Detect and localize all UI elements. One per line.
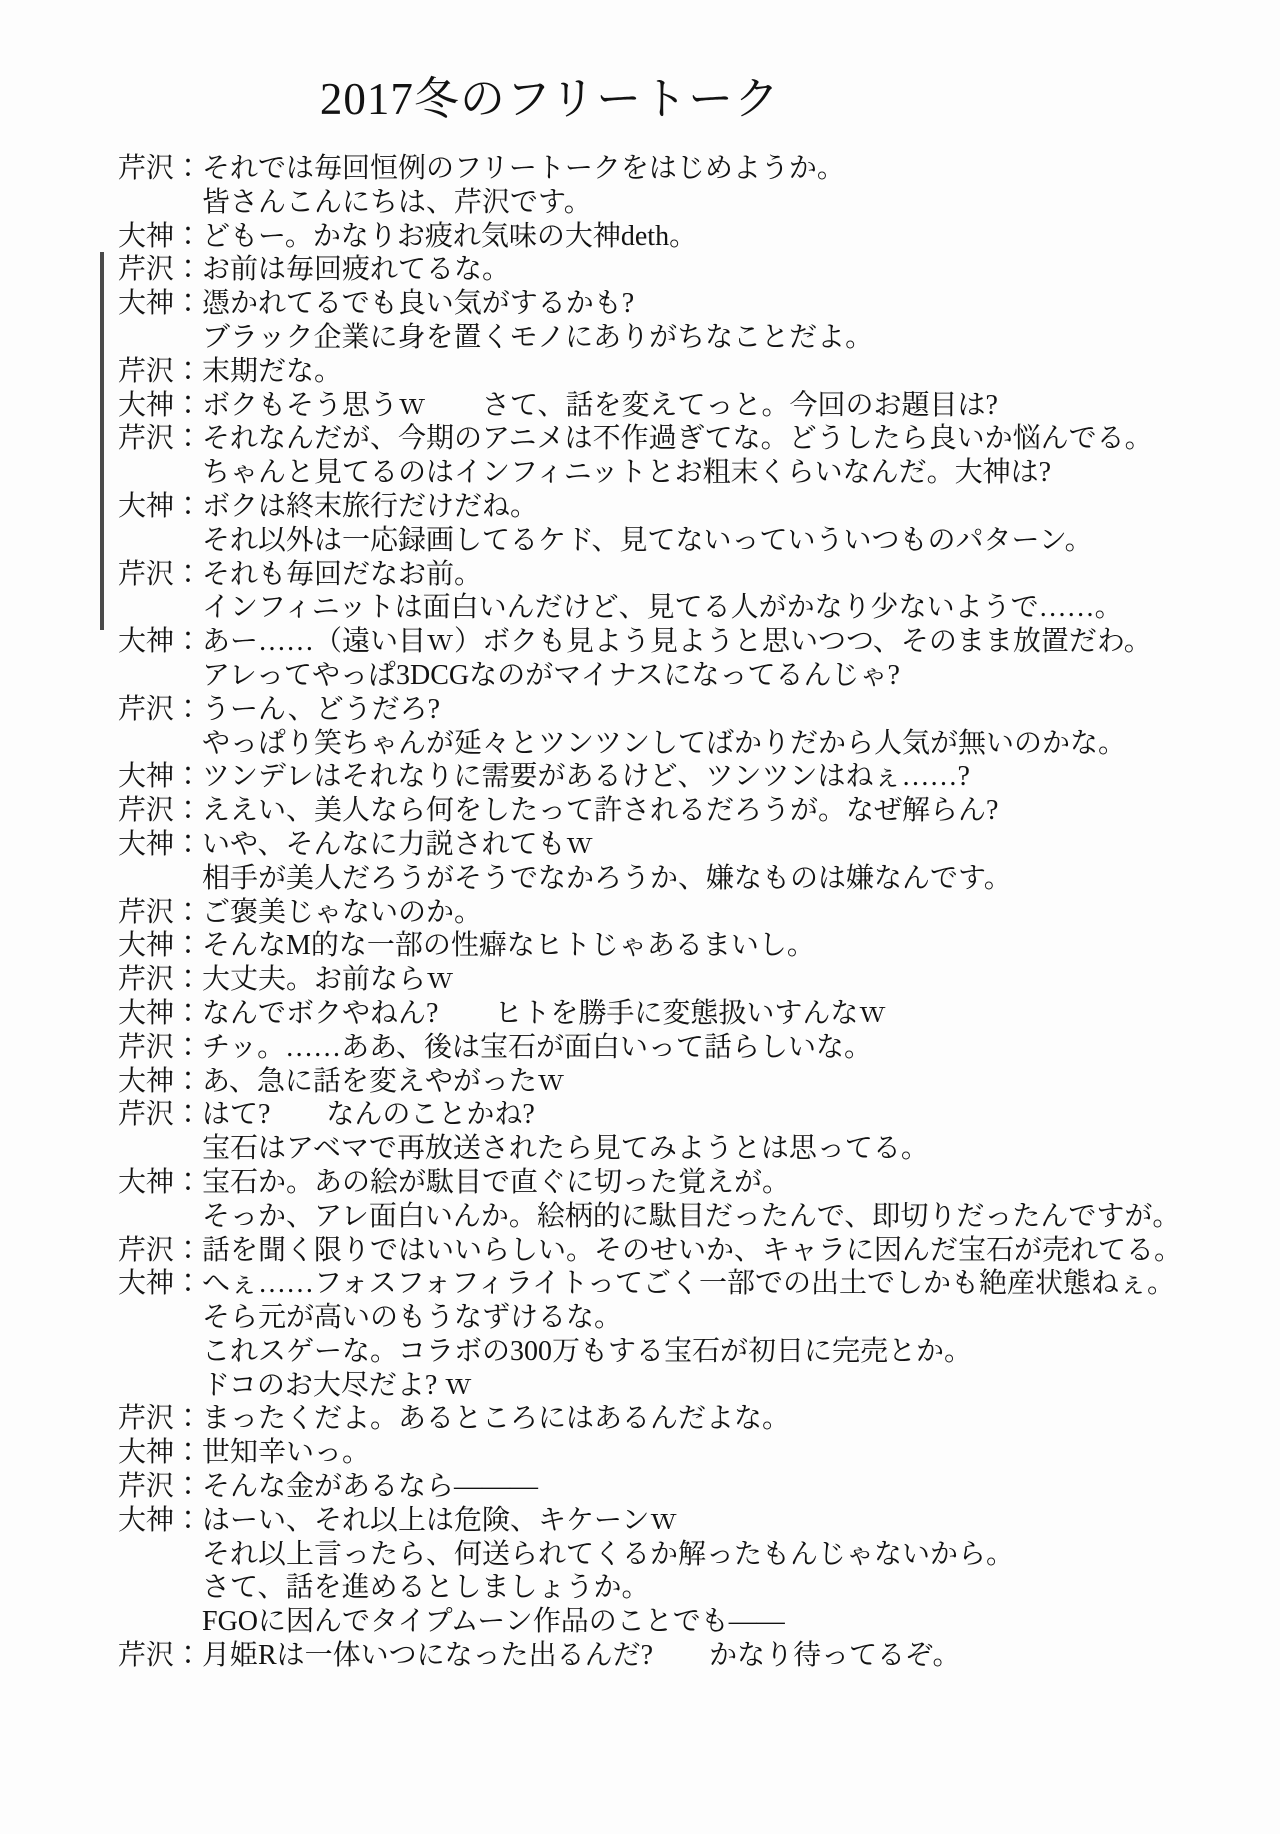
dialogue-line: 芹沢：それでは毎回恒例のフリートークをはじめようか。: [118, 152, 1220, 186]
speaker-label: 大神：: [118, 760, 202, 794]
speaker-label: 大神：: [118, 997, 202, 1031]
dialogue-line: 芹沢：ご褒美じゃないのか。: [118, 896, 1220, 930]
dialogue-line: 大神：世知辛いっ。: [118, 1436, 1220, 1470]
line-text: 大丈夫。お前ならｗ: [202, 963, 1220, 997]
dialogue-line: やっぱり笑ちゃんが延々とツンツンしてばかりだから人気が無いのかな。: [118, 727, 1220, 761]
speaker-label: 芹沢：: [118, 152, 202, 186]
speaker-label: 芹沢：: [118, 794, 202, 828]
dialogue-line: 芹沢：はて? なんのことかね?: [118, 1098, 1220, 1132]
line-text: FGOに因んでタイプムーン作品のことでも――: [202, 1605, 1220, 1639]
speaker-label: 芹沢：: [118, 1234, 202, 1268]
dialogue-line: ドコのお大尽だよ? ｗ: [118, 1369, 1220, 1403]
line-text: 世知辛いっ。: [202, 1436, 1220, 1470]
speaker-label: 芹沢：: [118, 558, 202, 592]
dialogue-line: 大神：どもー。かなりお疲れ気味の大神deth。: [118, 220, 1220, 254]
dialogue-line: 大神：ボクは終末旅行だけだね。: [118, 490, 1220, 524]
line-text: ええい、美人なら何をしたって許されるだろうが。なぜ解らん?: [202, 794, 1220, 828]
dialogue-line: それ以上言ったら、何送られてくるか解ったもんじゃないから。: [118, 1538, 1220, 1572]
dialogue-line: 芹沢：お前は毎回疲れてるな。: [118, 253, 1220, 287]
speaker-label: 芹沢：: [118, 896, 202, 930]
line-text: そんなM的な一部の性癖なヒトじゃあるまいし。: [202, 929, 1220, 963]
speaker-label: 大神：: [118, 1166, 202, 1200]
dialogue-line: 大神：いや、そんなに力説されてもｗ: [118, 828, 1220, 862]
dialogue-line: 大神：あー……（遠い目ｗ）ボクも見よう見ようと思いつつ、そのまま放置だわ。: [118, 625, 1220, 659]
line-text: いや、そんなに力説されてもｗ: [202, 828, 1220, 862]
speaker-label: 大神：: [118, 490, 202, 524]
speaker-label: 芹沢：: [118, 355, 202, 389]
dialogue-line: 芹沢：チッ。……ああ、後は宝石が面白いって話らしいな。: [118, 1031, 1220, 1065]
dialogue-line: 芹沢：うーん、どうだろ?: [118, 693, 1220, 727]
scanned-document-page: 2017冬のフリートーク 芹沢：それでは毎回恒例のフリートークをはじめようか。皆…: [0, 0, 1280, 1834]
dialogue-line: 宝石はアベマで再放送されたら見てみようとは思ってる。: [118, 1132, 1220, 1166]
line-text: これスゲーな。コラボの300万もする宝石が初日に完売とか。: [202, 1335, 1220, 1369]
dialogue-line: 芹沢：話を聞く限りではいいらしい。そのせいか、キャラに因んだ宝石が売れてる。: [118, 1234, 1220, 1268]
dialogue-line: そっか、アレ面白いんか。絵柄的に駄目だったんで、即切りだったんですが。: [118, 1200, 1220, 1234]
dialogue-line: 大神：そんなM的な一部の性癖なヒトじゃあるまいし。: [118, 929, 1220, 963]
speaker-label: 芹沢：: [118, 1470, 202, 1504]
dialogue-line: 大神：へぇ……フォスフォフィライトってごく一部での出土でしかも絶産状態ねぇ。: [118, 1267, 1220, 1301]
line-text: ツンデレはそれなりに需要があるけど、ツンツンはねぇ……?: [202, 760, 1220, 794]
dialogue-line: 大神：なんでボクやねん? ヒトを勝手に変態扱いすんなｗ: [118, 997, 1220, 1031]
dialogue-line: ブラック企業に身を置くモノにありがちなことだよ。: [118, 321, 1220, 355]
line-text: あ、急に話を変えやがったｗ: [202, 1065, 1220, 1099]
line-text: さて、話を進めるとしましょうか。: [202, 1571, 1220, 1605]
line-text: ドコのお大尽だよ? ｗ: [202, 1369, 1220, 1403]
dialogue-line: 大神：宝石か。あの絵が駄目で直ぐに切った覚えが。: [118, 1166, 1220, 1200]
dialogue-line: 芹沢：ええい、美人なら何をしたって許されるだろうが。なぜ解らん?: [118, 794, 1220, 828]
line-text: チッ。……ああ、後は宝石が面白いって話らしいな。: [202, 1031, 1220, 1065]
speaker-label: 芹沢：: [118, 1031, 202, 1065]
line-text: はーい、それ以上は危険、キケーンｗ: [202, 1504, 1220, 1538]
dialogue-line: 芹沢：月姫Rは一体いつになった出るんだ? かなり待ってるぞ。: [118, 1639, 1220, 1673]
speaker-label: 芹沢：: [118, 1639, 202, 1673]
speaker-label: 芹沢：: [118, 422, 202, 456]
line-text: 宝石か。あの絵が駄目で直ぐに切った覚えが。: [202, 1166, 1220, 1200]
line-text: お前は毎回疲れてるな。: [202, 253, 1220, 287]
dialogue-line: ちゃんと見てるのはインフィニットとお粗末くらいなんだ。大神は?: [118, 456, 1220, 490]
speaker-label: 芹沢：: [118, 1098, 202, 1132]
dialogue-line: 大神：はーい、それ以上は危険、キケーンｗ: [118, 1504, 1220, 1538]
line-text: それ以外は一応録画してるケド、見てないっていういつものパターン。: [202, 524, 1220, 558]
speaker-label: 大神：: [118, 625, 202, 659]
line-text: ボクもそう思うｗ さて、話を変えてっと。今回のお題目は?: [202, 389, 1220, 423]
line-text: インフィニットは面白いんだけど、見てる人がかなり少ないようで……。: [202, 591, 1220, 625]
line-text: それ以上言ったら、何送られてくるか解ったもんじゃないから。: [202, 1538, 1220, 1572]
speaker-label: 芹沢：: [118, 253, 202, 287]
dialogue-line: 芹沢：大丈夫。お前ならｗ: [118, 963, 1220, 997]
speaker-label: 大神：: [118, 1065, 202, 1099]
speaker-label: 大神：: [118, 1436, 202, 1470]
line-text: ご褒美じゃないのか。: [202, 896, 1220, 930]
dialogue-line: インフィニットは面白いんだけど、見てる人がかなり少ないようで……。: [118, 591, 1220, 625]
speaker-label: 大神：: [118, 1267, 202, 1301]
line-text: まったくだよ。あるところにはあるんだよな。: [202, 1402, 1220, 1436]
line-text: そら元が高いのもうなずけるな。: [202, 1301, 1220, 1335]
dialogue-line: それ以外は一応録画してるケド、見てないっていういつものパターン。: [118, 524, 1220, 558]
line-text: 相手が美人だろうがそうでなかろうか、嫌なものは嫌なんです。: [202, 862, 1220, 896]
page-title: 2017冬のフリートーク: [120, 0, 980, 126]
dialogue-line: アレってやっぱ3DCGなのがマイナスになってるんじゃ?: [118, 659, 1220, 693]
line-text: 話を聞く限りではいいらしい。そのせいか、キャラに因んだ宝石が売れてる。: [202, 1234, 1220, 1268]
line-text: はて? なんのことかね?: [202, 1098, 1220, 1132]
line-text: 末期だな。: [202, 355, 1220, 389]
dialogue-line: 大神：ボクもそう思うｗ さて、話を変えてっと。今回のお題目は?: [118, 389, 1220, 423]
dialogue-transcript: 芹沢：それでは毎回恒例のフリートークをはじめようか。皆さんこんにちは、芹沢です。…: [118, 152, 1220, 1673]
dialogue-line: 芹沢：末期だな。: [118, 355, 1220, 389]
line-text: それなんだが、今期のアニメは不作過ぎてな。どうしたら良いか悩んでる。: [202, 422, 1220, 456]
speaker-label: 大神：: [118, 929, 202, 963]
line-text: 月姫Rは一体いつになった出るんだ? かなり待ってるぞ。: [202, 1639, 1220, 1673]
line-text: アレってやっぱ3DCGなのがマイナスになってるんじゃ?: [202, 659, 1220, 693]
line-text: へぇ……フォスフォフィライトってごく一部での出土でしかも絶産状態ねぇ。: [202, 1267, 1220, 1301]
dialogue-line: 相手が美人だろうがそうでなかろうか、嫌なものは嫌なんです。: [118, 862, 1220, 896]
scan-artifact-streak: [100, 252, 104, 630]
speaker-label: 大神：: [118, 389, 202, 423]
dialogue-line: 芹沢：それも毎回だなお前。: [118, 558, 1220, 592]
line-text: ちゃんと見てるのはインフィニットとお粗末くらいなんだ。大神は?: [202, 456, 1220, 490]
dialogue-line: 大神：ツンデレはそれなりに需要があるけど、ツンツンはねぇ……?: [118, 760, 1220, 794]
speaker-label: 大神：: [118, 220, 202, 254]
line-text: 皆さんこんにちは、芹沢です。: [202, 186, 1220, 220]
line-text: なんでボクやねん? ヒトを勝手に変態扱いすんなｗ: [202, 997, 1220, 1031]
line-text: やっぱり笑ちゃんが延々とツンツンしてばかりだから人気が無いのかな。: [202, 727, 1220, 761]
speaker-label: 芹沢：: [118, 963, 202, 997]
line-text: それも毎回だなお前。: [202, 558, 1220, 592]
speaker-label: 大神：: [118, 828, 202, 862]
dialogue-line: そら元が高いのもうなずけるな。: [118, 1301, 1220, 1335]
line-text: それでは毎回恒例のフリートークをはじめようか。: [202, 152, 1220, 186]
line-text: あー……（遠い目ｗ）ボクも見よう見ようと思いつつ、そのまま放置だわ。: [202, 625, 1220, 659]
speaker-label: 芹沢：: [118, 693, 202, 727]
line-text: そっか、アレ面白いんか。絵柄的に駄目だったんで、即切りだったんですが。: [202, 1200, 1220, 1234]
speaker-label: 芹沢：: [118, 1402, 202, 1436]
line-text: ブラック企業に身を置くモノにありがちなことだよ。: [202, 321, 1220, 355]
dialogue-line: 大神：あ、急に話を変えやがったｗ: [118, 1065, 1220, 1099]
dialogue-line: これスゲーな。コラボの300万もする宝石が初日に完売とか。: [118, 1335, 1220, 1369]
dialogue-line: 芹沢：そんな金があるなら―――: [118, 1470, 1220, 1504]
dialogue-line: さて、話を進めるとしましょうか。: [118, 1571, 1220, 1605]
speaker-label: 大神：: [118, 287, 202, 321]
line-text: 宝石はアベマで再放送されたら見てみようとは思ってる。: [202, 1132, 1220, 1166]
line-text: うーん、どうだろ?: [202, 693, 1220, 727]
line-text: 憑かれてるでも良い気がするかも?: [202, 287, 1220, 321]
line-text: どもー。かなりお疲れ気味の大神deth。: [202, 220, 1220, 254]
dialogue-line: 皆さんこんにちは、芹沢です。: [118, 186, 1220, 220]
dialogue-line: 芹沢：それなんだが、今期のアニメは不作過ぎてな。どうしたら良いか悩んでる。: [118, 422, 1220, 456]
dialogue-line: FGOに因んでタイプムーン作品のことでも――: [118, 1605, 1220, 1639]
speaker-label: 大神：: [118, 1504, 202, 1538]
dialogue-line: 大神：憑かれてるでも良い気がするかも?: [118, 287, 1220, 321]
dialogue-line: 芹沢：まったくだよ。あるところにはあるんだよな。: [118, 1402, 1220, 1436]
line-text: そんな金があるなら―――: [202, 1470, 1220, 1504]
line-text: ボクは終末旅行だけだね。: [202, 490, 1220, 524]
